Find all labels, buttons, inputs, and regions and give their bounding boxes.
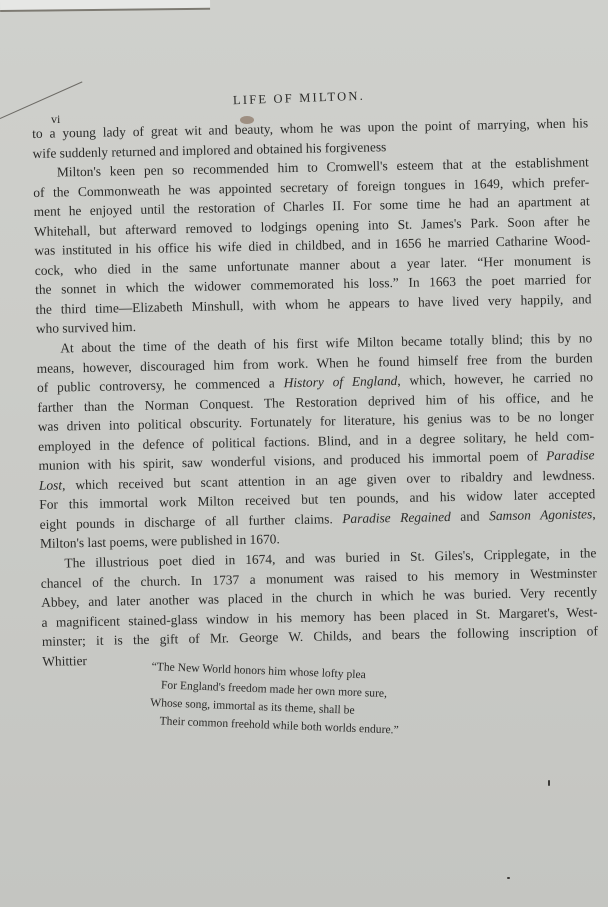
pencil-mark xyxy=(0,81,82,119)
paragraph-4: The illustrious poet died in 1674, and w… xyxy=(40,543,598,671)
paper-speck xyxy=(507,877,510,879)
book-title-samson-agonistes: Samson Agonistes xyxy=(489,506,592,523)
book-title-lost: Lost xyxy=(39,477,62,492)
paper-speck xyxy=(548,780,550,786)
running-head: LIFE OF MILTON. xyxy=(233,89,365,109)
body-text: to a young lady of great wit and beauty,… xyxy=(32,113,598,671)
book-title-history-of-england: History of England xyxy=(283,373,397,390)
book-title-paradise-regained: Paradise Regained xyxy=(342,509,451,526)
whittier-inscription: “The New World honors him whose lofty pl… xyxy=(149,658,432,741)
paragraph-3: At about the time of the death of his fi… xyxy=(36,328,596,554)
page-top-edge xyxy=(0,0,210,12)
paragraph-2: Milton's keen pen so recommended him to … xyxy=(33,152,592,339)
book-title-paradise: Paradise xyxy=(546,448,595,464)
book-page: vi LIFE OF MILTON. to a young lady of gr… xyxy=(0,0,608,907)
